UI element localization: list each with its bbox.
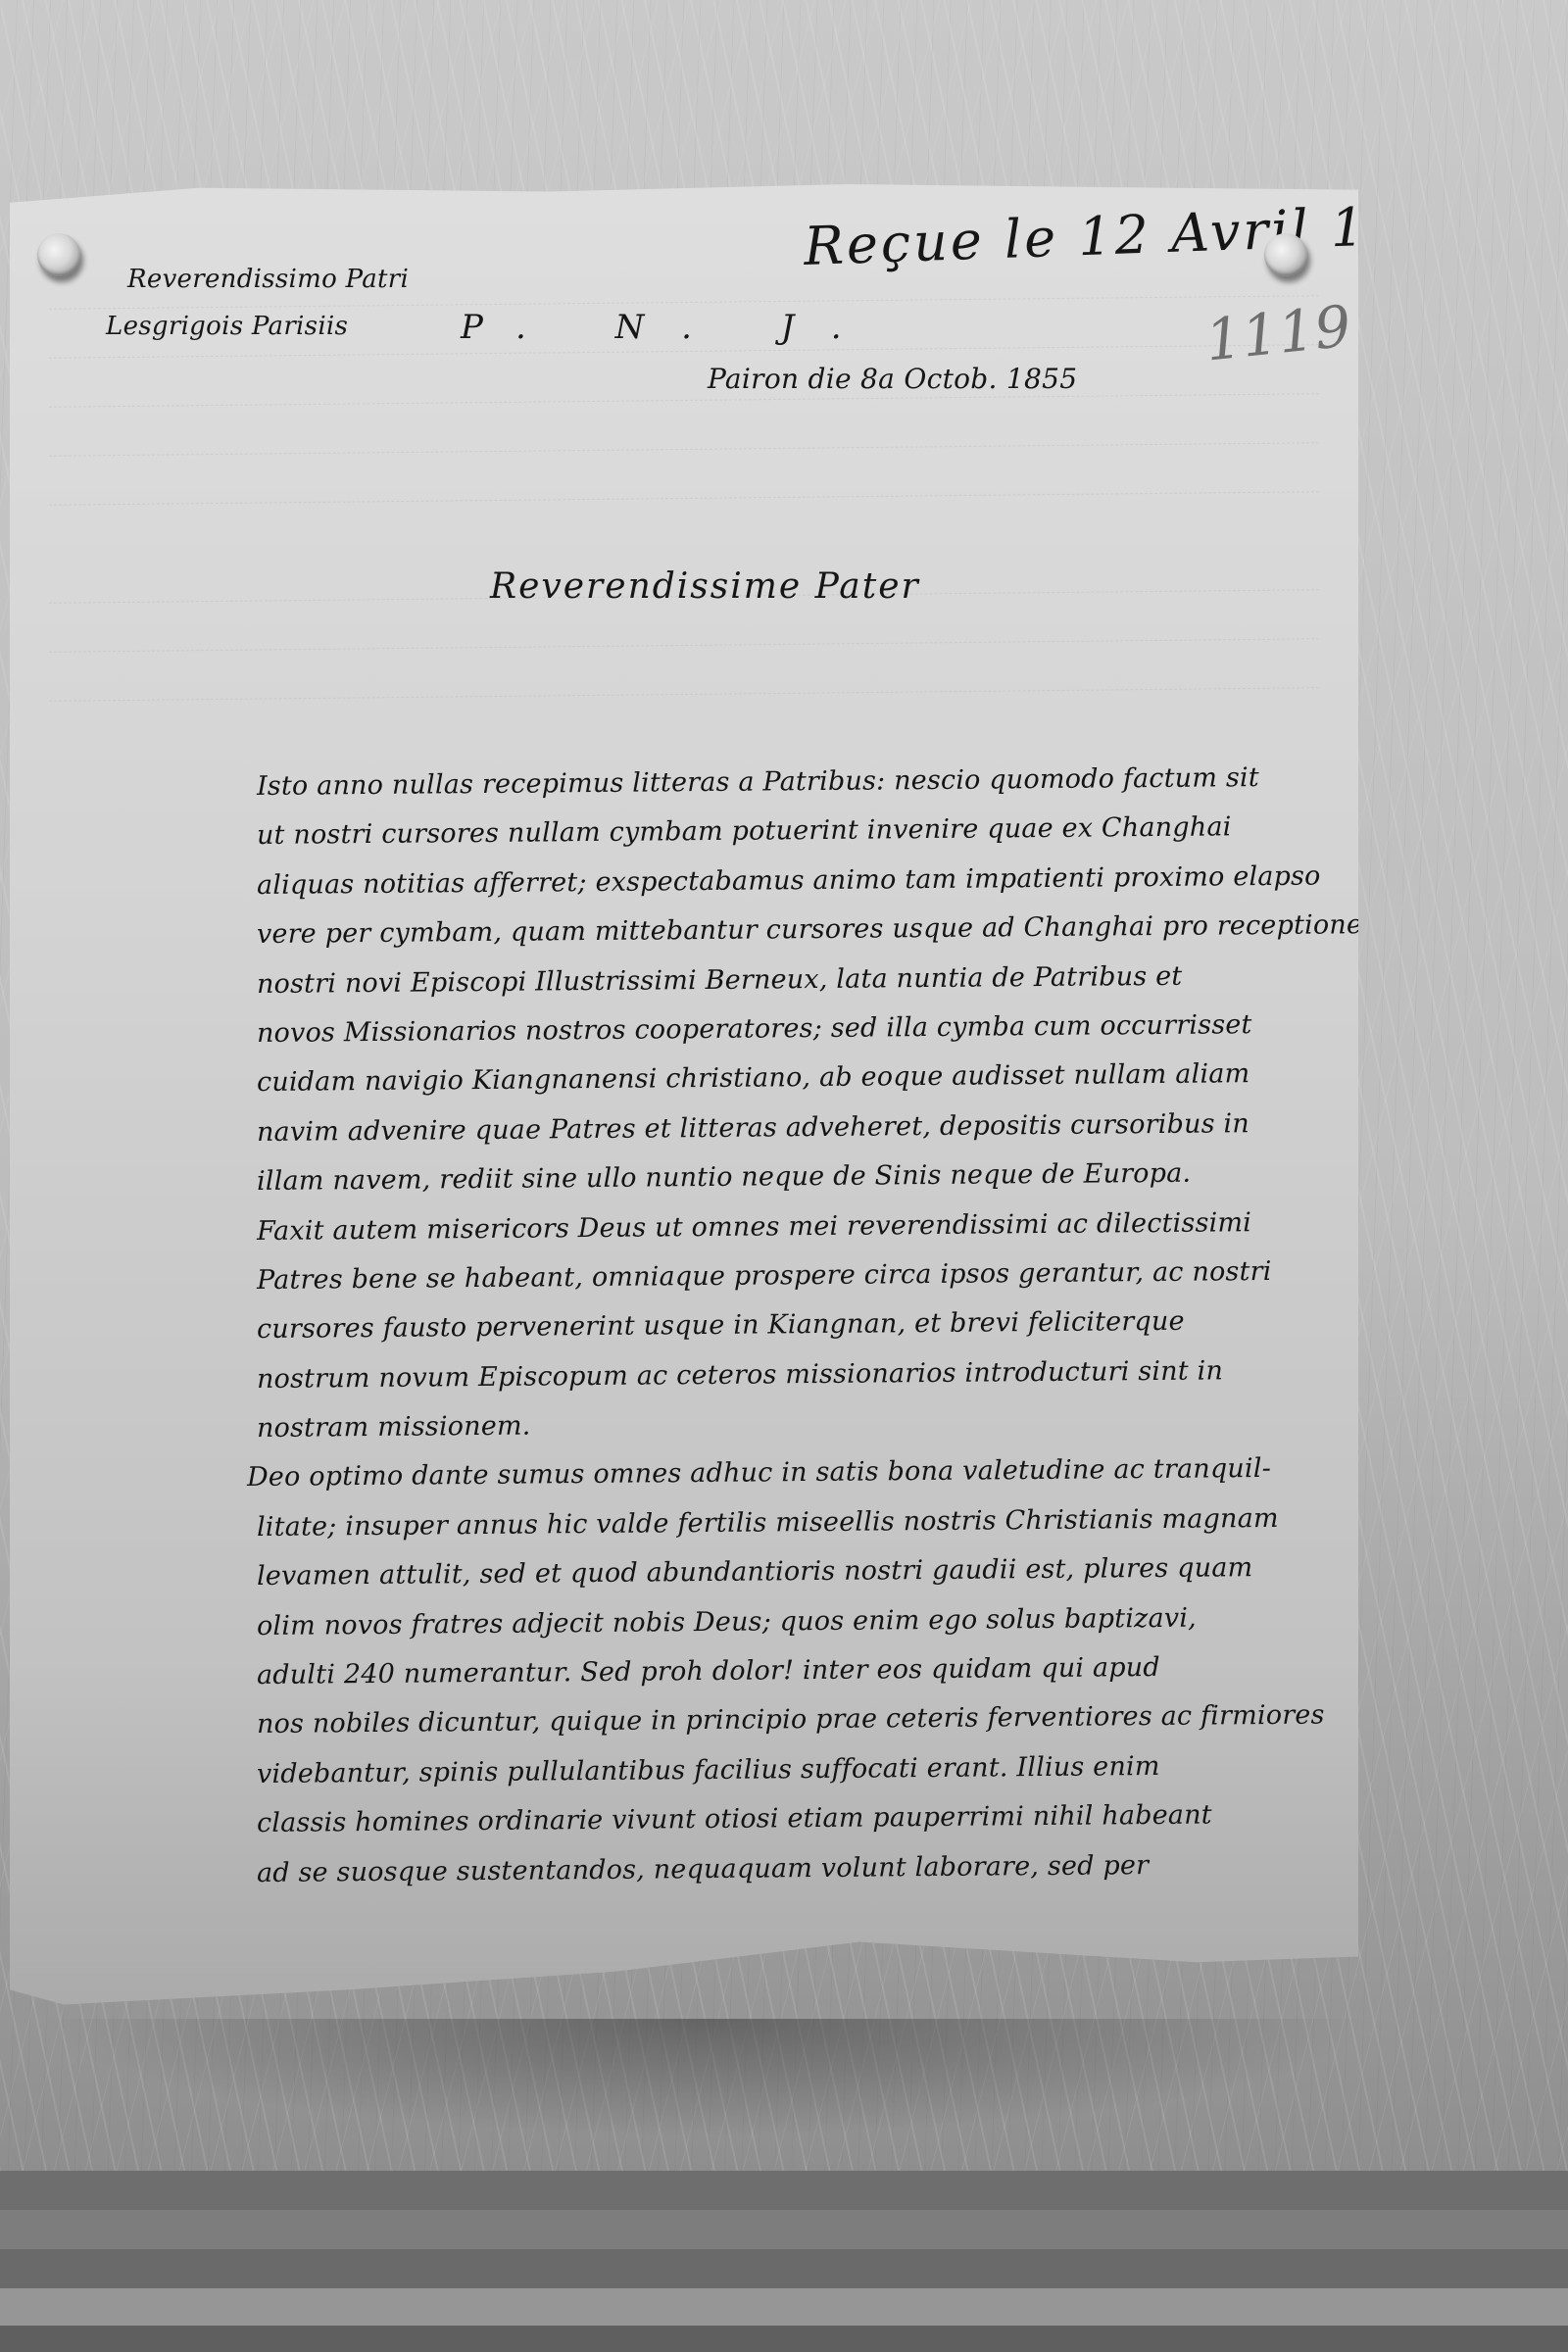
frame-rail (0, 2326, 1568, 2352)
magnet-right-icon (1264, 233, 1307, 276)
addressee-line-1: Reverendissimo Patri (127, 265, 409, 294)
frame-rail (0, 2171, 1568, 2210)
body-line: cursores fausto pervenerint usque in Kia… (257, 1297, 1345, 1355)
magnet-left-icon (37, 233, 80, 276)
bleed-through-line (49, 442, 1319, 458)
monogram: P. N. J. (461, 308, 881, 347)
frame-rail (0, 2288, 1568, 2326)
bleed-through-line (49, 393, 1319, 409)
place-date: Pairon die 8a Octob. 1855 (708, 363, 1077, 395)
body-line: illam navem, rediit sine ullo nuntio neq… (257, 1148, 1345, 1206)
archive-number: 1119 (1202, 292, 1354, 373)
salutation: Reverendissime Pater (490, 566, 920, 607)
sheet-shadow (39, 2019, 1372, 2136)
bleed-through-line (49, 638, 1319, 654)
frame-rail (0, 2249, 1568, 2288)
frame-rail (0, 2210, 1568, 2249)
letter-sheet: Reverendissimo Patri Lesgrigois Parisiis… (10, 184, 1358, 2027)
bleed-through-line (49, 491, 1319, 507)
body-line: classis homines ordinarie vivunt otiosi … (257, 1790, 1345, 1849)
addressee-line-2: Lesgrigois Parisiis (106, 312, 348, 341)
body-line: vere per cymbam, quam mittebantur cursor… (257, 901, 1345, 959)
body-line: cuidam navigio Kiangnanensi christiano, … (257, 1050, 1345, 1108)
body-line: levamen attulit, sed et quod abundantior… (257, 1543, 1345, 1602)
bleed-through-line (49, 687, 1319, 703)
letter-body: Isto anno nullas recepimus litteras a Pa… (257, 762, 1345, 1898)
body-line: ad se suosque sustentandos, nequaquam vo… (257, 1839, 1345, 1898)
